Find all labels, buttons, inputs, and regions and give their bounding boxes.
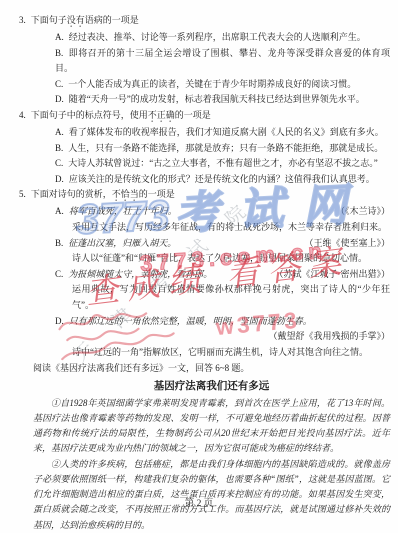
option-label: A. [55, 204, 64, 220]
poem-text: 为报倾城随太守，亲射虎，看孙郎。 [68, 267, 212, 283]
option-label: A. [55, 32, 64, 42]
option-analysis: 采用互文手法，写历经多年征战，有的将士战死沙场，木兰等幸存者胜利归来。 [72, 220, 390, 236]
option-label: B. [55, 143, 63, 153]
stem-emphasis: 没有 [67, 15, 85, 25]
option-text: 随着“天舟一号”的成功发射，标志着我国航天科技已经达到世界领先水平。 [69, 94, 365, 104]
poem-source: （戴望舒《我用残损的手掌》） [55, 329, 390, 345]
reading-intro: 阅读《基因疗法离我们还有多远》一文，回答 6~8 题。 [33, 361, 390, 377]
question-stem: 4.下面句子中的标点符号，使用不正确的一项是 [33, 108, 390, 125]
question-5: 5.下面对诗句的赏析，不恰当的一项是 A.将军百战死，壮士十年归。（《木兰诗》）… [33, 187, 390, 360]
option-line: A.将军百战死，壮士十年归。（《木兰诗》） [55, 204, 390, 220]
option-text: 经过表决、推举、讨论等一系列程序，出席职工代表大会的人选顺利产生。 [69, 32, 366, 42]
option-analysis: 诗人以“征蓬”和“归雁”自比，表达了久居边塞，盼望回家团聚的急切心情。 [72, 251, 390, 267]
option-label: D. [55, 94, 64, 104]
question-number: 3. [19, 15, 26, 25]
option-line: D.随着“天舟一号”的成功发射，标志着我国航天科技已经达到世界领先水平。 [55, 92, 390, 108]
stem-text: 的一项是 [175, 110, 211, 120]
stem-emphasis: 不正确 [148, 110, 175, 120]
option-line: B.人生，只有一条路不能选择，那就是放弃；只有一条路不能拒绝，那就是成长。 [55, 141, 390, 157]
option-line: A.经过表决、推举、讨论等一系列程序，出席职工代表大会的人选顺利产生。 [55, 30, 390, 46]
option-label: C. [55, 79, 63, 89]
poem-text: 只有那辽远的一角依然完整，温暖，明朗，坚固而蓬勃生春。 [69, 314, 312, 330]
option-line: B.即将召开的第十三届全运会增设了围棋、攀岩、龙舟等深受群众喜爱的体育项目。 [55, 46, 390, 77]
question-4: 4.下面句子中的标点符号，使用不正确的一项是 A.看了媒体发布的收视率报告，我们… [33, 108, 390, 187]
option-text: 一个人能否成为真正的读者，关键在于青少年时期养成良好的阅读习惯。 [68, 79, 356, 89]
option-line: B.征蓬出汉塞，归雁入胡天。（王维《使至塞上》） [55, 236, 390, 252]
option-label: D. [55, 314, 64, 330]
option-line: C.为报倾城随太守，亲射虎，看孙郎。（苏轼《江城子·密州出猎》） [55, 267, 390, 283]
option-label: A. [55, 127, 64, 137]
passage-title: 基因疗法离我们还有多远 [33, 378, 390, 394]
question-number: 4. [19, 110, 26, 120]
option-line: D.只有那辽远的一角依然完整，温暖，明朗，坚固而蓬勃生春。 [55, 314, 390, 330]
options-list: A.将军百战死，壮士十年归。（《木兰诗》） 采用互文手法，写历经多年征战，有的将… [55, 204, 390, 360]
option-line: C.一个人能否成为真正的读者，关键在于青少年时期养成良好的阅读习惯。 [55, 77, 390, 93]
stem-text: 语病的一项是 [85, 15, 139, 25]
poem-source: （王维《使至塞上》） [304, 236, 390, 252]
poem-text: 将军百战死，壮士十年归。 [69, 204, 177, 220]
option-line: C.大诗人苏轼曾说过：“古之立大事者，不惟有超世之才，亦必有坚忍不拔之志。” [55, 156, 390, 172]
poem-source: （《木兰诗》） [336, 204, 390, 220]
poem-source: （苏轼《江城子·密州出猎》） [275, 267, 391, 283]
passage-paragraph-1: ①自1928年英国细菌学家弗莱明发现青霉素，到首次在医学上应用，花了13年时间。… [33, 396, 390, 457]
question-stem: 5.下面对诗句的赏析，不恰当的一项是 [33, 187, 390, 204]
option-line: D.应该关注的是传统文化的形式？还是传统文化的内涵？这值得我们认真思考。 [55, 172, 390, 188]
option-line: A.看了媒体发布的收视率报告，我们才知道反腐大剧《人民的名义》到底有多火。 [55, 125, 390, 141]
question-3: 3.下面句子没有语病的一项是 A.经过表决、推举、讨论等一系列程序，出席职工代表… [33, 13, 390, 108]
option-label: C. [55, 267, 63, 283]
option-label: B. [55, 236, 63, 252]
stem-text: 的一项是 [139, 189, 175, 199]
stem-text: 下面句子 [31, 15, 67, 25]
poem-text: 征蓬出汉塞，归雁入胡天。 [68, 236, 176, 252]
exam-page: 3.下面句子没有语病的一项是 A.经过表决、推举、讨论等一系列程序，出席职工代表… [0, 0, 398, 533]
option-text: 应该关注的是传统文化的形式？还是传统文化的内涵？这值得我们认真思考。 [69, 174, 375, 184]
option-analysis: 运用典故，写为回报百姓盛情要像孙权那样挽弓射虎，突出了诗人的“少年狂气”。 [72, 282, 390, 313]
options-list: A.经过表决、推举、讨论等一系列程序，出席职工代表大会的人选顺利产生。 B.即将… [55, 30, 390, 108]
stem-emphasis: 不恰当 [112, 189, 139, 199]
reading-passage: ①自1928年英国细菌学家弗莱明发现青霉素，到首次在医学上应用，花了13年时间。… [33, 396, 390, 533]
stem-text: 下面对诗句的赏析， [31, 189, 112, 199]
question-number: 5. [19, 189, 26, 199]
options-list: A.看了媒体发布的收视率报告，我们才知道反腐大剧《人民的名义》到底有多火。 B.… [55, 125, 390, 187]
option-label: B. [55, 48, 63, 58]
option-label: C. [55, 158, 63, 168]
page-number: 第 2 页 [0, 495, 398, 509]
option-text: 即将召开的第十三届全运会增设了围棋、攀岩、龙舟等深受群众喜爱的体育项目。 [55, 48, 390, 74]
option-text: 人生，只有一条路不能选择，那就是放弃；只有一条路不能拒绝，那就是成长。 [68, 143, 383, 153]
question-stem: 3.下面句子没有语病的一项是 [33, 13, 390, 30]
stem-text: 下面句子中的标点符号，使用 [31, 110, 148, 120]
option-text: 看了媒体发布的收视率报告，我们才知道反腐大剧《人民的名义》到底有多火。 [69, 127, 384, 137]
option-text: 大诗人苏轼曾说过：“古之立大事者，不惟有超世之才，亦必有坚忍不拔之志。” [68, 158, 378, 168]
option-analysis: 诗中“辽远的一角”指解放区，它明丽而充满生机，诗人对其饱含向往之情。 [72, 345, 390, 361]
option-label: D. [55, 174, 64, 184]
